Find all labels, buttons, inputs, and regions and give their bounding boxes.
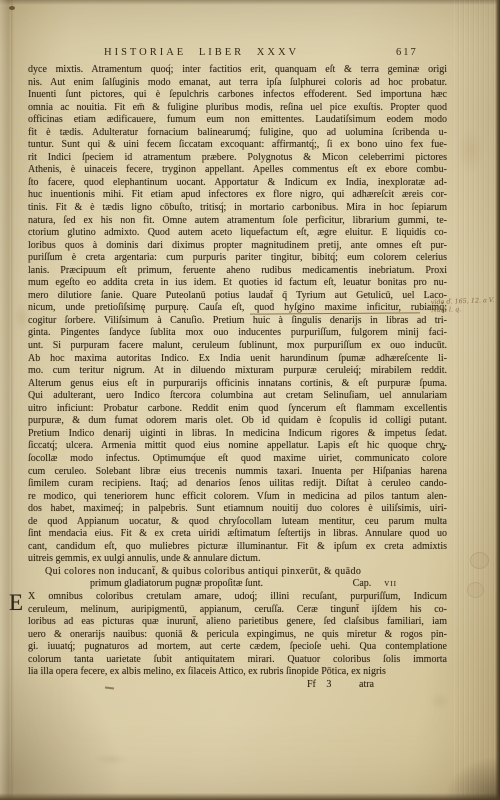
text-line: mum egeſto eo addita creta in ius idem. … (28, 277, 447, 290)
drop-cap-initial: E (9, 591, 23, 614)
text-line: puriſſum è creta argentaria: cum purpuri… (28, 252, 447, 265)
chapter-heading-line1: Qui colores non inducant̄, & quibus colo… (28, 566, 447, 579)
chapter-heading-text: primum gladiatorum pugnæ propoſitæ ſunt. (90, 578, 263, 591)
header-title: HISTORIAE LIBER XXXV (104, 47, 299, 58)
text-line: lia illa opera fecere, ex albis melino, … (28, 666, 447, 679)
text-line: purpuræ, & dum fumat odorem maris olet. … (28, 415, 447, 428)
text-line: re modico, qui teneriorem hunc efficit c… (28, 491, 447, 504)
page-number: 617 (396, 47, 418, 58)
handwritten-marginal-note: vide ď. 165, 12. a V. Num̄ l. q. (431, 297, 499, 315)
chapter-number-label: Cap.vii (353, 578, 397, 591)
paragraph-ex-omnibus-lines: X omnibus coloribus cretulam amare, udoq… (28, 591, 447, 679)
text-line: huc inuentionis mihi. Fit etiam apud inf… (28, 189, 447, 202)
chapter-heading-line2: primum gladiatorum pugnæ propoſitæ ſunt.… (28, 578, 447, 591)
text-line: ſint mendacia eius. Fit & ex creta uirid… (28, 528, 447, 541)
quire-signature: Ff 3 (307, 679, 331, 692)
text-line: lanis. Præcipuum eſt primum, feruente ah… (28, 265, 447, 278)
text-line: Qui adulterant, uero Indico ſtercora col… (28, 390, 447, 403)
text-line: ceruleum, melinum, auripigmentū, appianu… (28, 604, 447, 617)
ink-speck (9, 6, 15, 10)
signature-row: Ff 3 atra (28, 679, 447, 692)
text-line: dos habet, maximeq́; in palpebris. Sunt … (28, 503, 447, 516)
text-line: rit Indici ſpeciem id atramentum præbere… (28, 152, 447, 165)
book-page: HISTORIAE LIBER XXXV 617 dyce mixtis. At… (0, 0, 500, 800)
text-line: X omnibus coloribus cretulam amare, udoq… (28, 591, 447, 604)
text-line: dyce mixtis. Atramentum quoq́; inter fac… (28, 64, 447, 77)
text-line: loribus ad eas picturas quæ inurunt̄, al… (28, 616, 447, 629)
text-line: fit è tædis. Adulteratur fornacium balin… (28, 127, 447, 140)
stain (425, 688, 455, 714)
text-line: gi. iuuatq́; pugnaturos ad mortem, aut c… (28, 641, 447, 654)
text-line: colorum tanta uarietate ſubit antiquitat… (28, 654, 447, 667)
text-line: cant, candidum eſt, quo muliebres pictur… (28, 541, 447, 554)
text-line: ſto facere, quod elephantinum uocant. Ap… (28, 177, 447, 190)
text-line: Inuenti ſunt pictores, qui è ſepulchris … (28, 89, 447, 102)
text-line: mero dilutiore ſanie. Quare Puteolanū po… (28, 290, 447, 303)
text-line: ſiccatq́; ulcera. Armenia mittit quod ei… (28, 440, 447, 453)
text-line: Ab hoc maxima autoritas Indico. Ex India… (28, 353, 447, 366)
text-line: uitreis gemmis, ex uulgi annulis, unde &… (28, 553, 447, 566)
text-line: officinas etiam ædificauere, fumum eum n… (28, 114, 447, 127)
catchword: atra (359, 679, 374, 692)
text-line: Athenis, è uinaceis fecere, tryginon app… (28, 164, 447, 177)
corner-shadow (405, 725, 500, 800)
running-header: HISTORIAE LIBER XXXV 617 (0, 47, 500, 61)
text-line: mo. cum teritur nigrum. At in diluendo m… (28, 365, 447, 378)
text-line: uero & onerarijs nauibus: quoniā & peric… (28, 629, 447, 642)
text-line: tuntur. Sunt qui & uini fecem ſiccatam e… (28, 139, 447, 152)
text-line: Alterum genus eius eſt in purpurarijs of… (28, 378, 447, 391)
text-line: ſimilem curam recipiens. Itaq́; ad denar… (28, 478, 447, 491)
text-line: natura, ſed ex his non fit. Omne autem a… (28, 215, 447, 228)
text-line: cogitur ſorbere. Viliſsimum à Canuſio. P… (28, 315, 447, 328)
book-fore-edge (454, 0, 496, 800)
text-line: nis. Aut enim ſalſuginis modo emanat, au… (28, 77, 447, 90)
page-right-edge (495, 0, 500, 800)
text-line: ſocollæ modo infectus. Optimumq́ue eſt q… (28, 453, 447, 466)
text-line: omnia ac nouitia. Fit em̄ & fuligine plu… (28, 102, 447, 115)
text-line: loribus quos à dominis dari diximus prop… (28, 240, 447, 253)
text-line: ctorium glutino admixto. Quod autem acet… (28, 227, 447, 240)
stain (84, 750, 138, 768)
text-line: tinis. Fit & è tædis ligno cōbuſto, trit… (28, 202, 447, 215)
text-line: ginta. Pingentes ſandyce ſublita mox ouo… (28, 327, 447, 340)
text-line: Pretium Indico denarij uiginti in libras… (28, 428, 447, 441)
paragraph-ex-omnibus: E X omnibus coloribus cretulam amare, ud… (28, 591, 447, 679)
text-line: uitro inficiunt: Probatur carbone. Reddi… (28, 403, 447, 416)
text-line: de quod Appianum uocatur, & quod chryſoc… (28, 516, 447, 529)
page-top-edge (0, 0, 500, 5)
text-line: cum ceruleo. Solebant libræ eius treceni… (28, 466, 447, 479)
gutter-crease (11, 0, 14, 800)
paragraph-atramentum: dyce mixtis. Atramentum quoq́; inter fac… (28, 64, 447, 566)
body-text: dyce mixtis. Atramentum quoq́; inter fac… (28, 64, 447, 691)
text-line: unt. Si purpuram facere malunt, ceruleum… (28, 340, 447, 353)
